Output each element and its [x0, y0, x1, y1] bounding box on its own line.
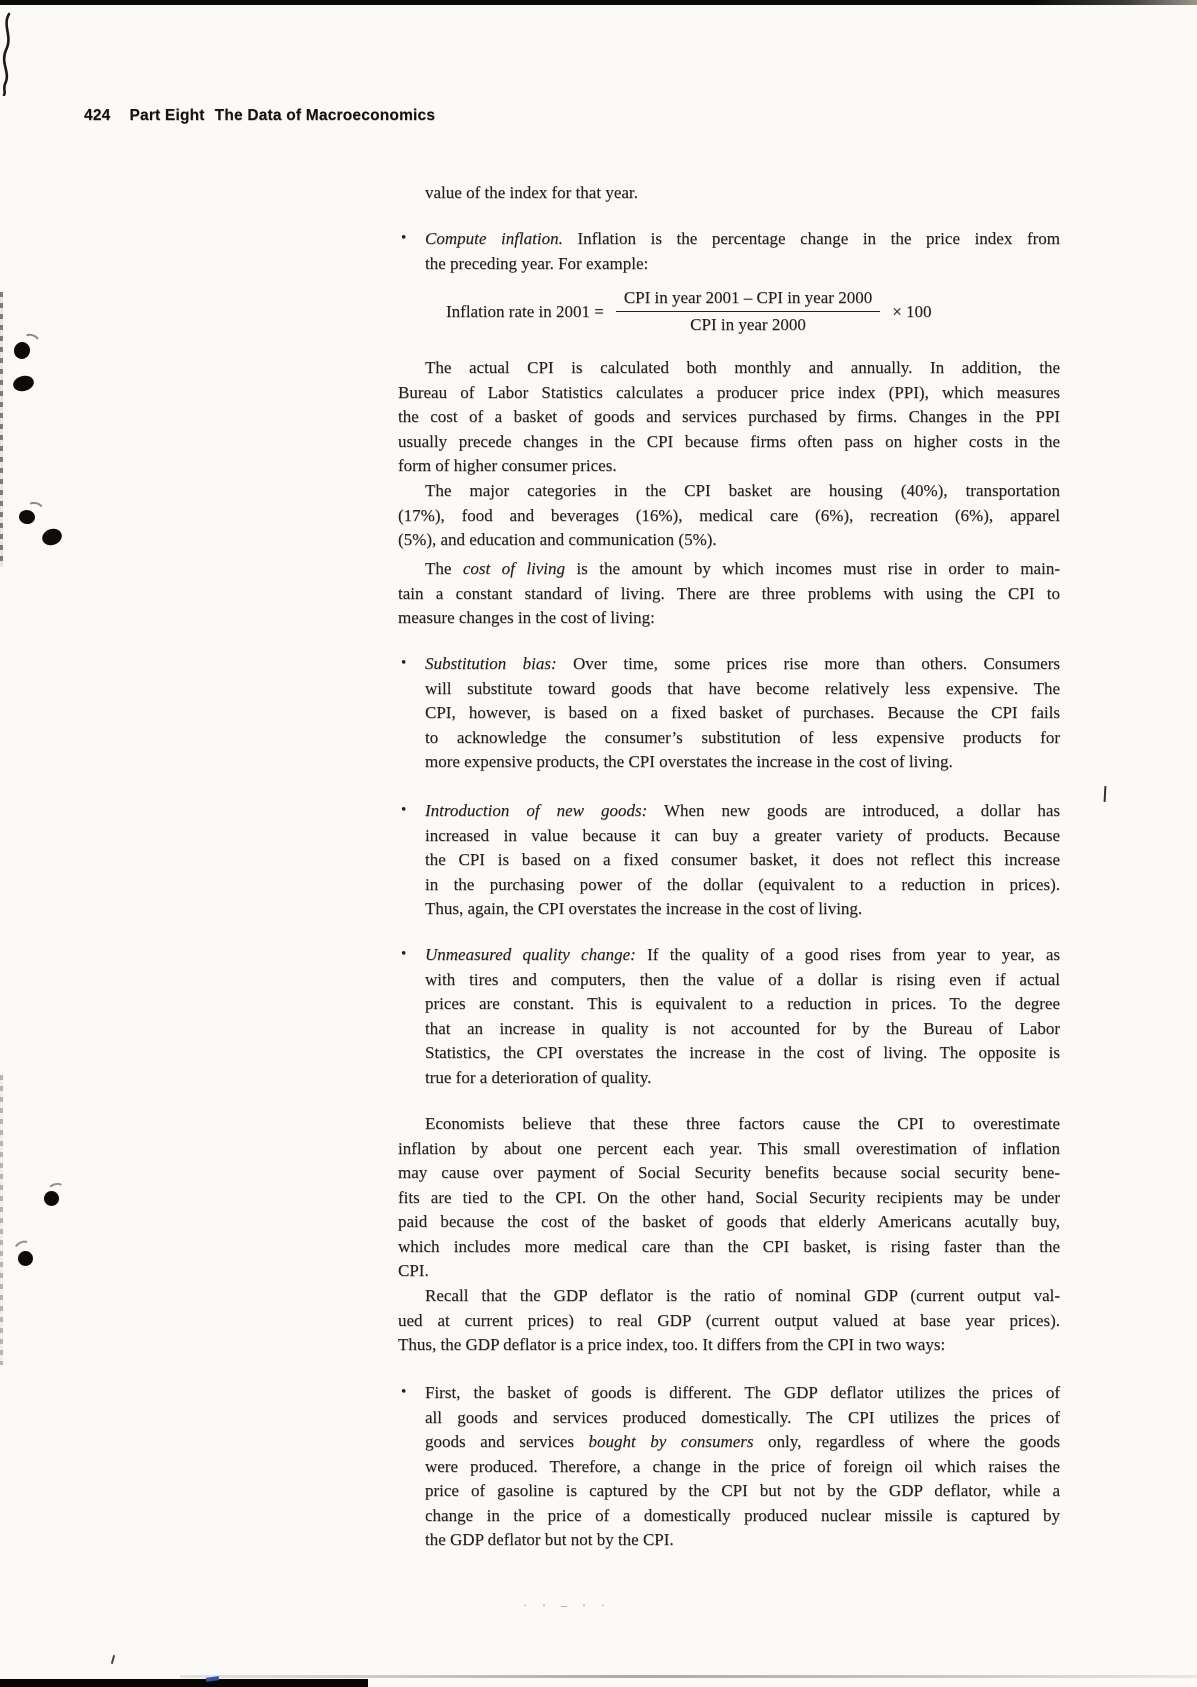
text-line: all goods and services produced domestic…: [425, 1406, 1060, 1431]
scan-smudge-bottom: [180, 1675, 1197, 1678]
text-line: Introduction of new goods: When new good…: [425, 799, 1060, 824]
text-line: the CPI is based on a fixed consumer bas…: [425, 848, 1060, 873]
bullet-icon: •: [401, 651, 406, 676]
scan-edge-left: [0, 1075, 3, 1365]
scan-edge-top: [0, 0, 1197, 5]
text-line: to acknowledge the consumer’s substituti…: [425, 726, 1060, 751]
intro-continuation: value of the index for that year.: [398, 181, 1060, 206]
text-line: tain a constant standard of living. Ther…: [398, 582, 1060, 607]
text-line: CPI, however, is based on a fixed basket…: [425, 701, 1060, 726]
bullet-icon: •: [401, 942, 406, 967]
text-line: price of gasoline is captured by the CPI…: [425, 1479, 1060, 1504]
ink-blob: [18, 1251, 33, 1266]
text-line: goods and services bought by consumers o…: [425, 1430, 1060, 1455]
paragraph-gdp-deflator: Recall that the GDP deflator is the rati…: [398, 1284, 1060, 1358]
text-line: in the purchasing power of the dollar (e…: [425, 873, 1060, 898]
formula-lhs: Inflation rate in 2001 =: [446, 302, 604, 322]
text-line: prices are constant. This is equivalent …: [425, 992, 1060, 1017]
bullet-icon: •: [401, 226, 406, 251]
text-line: Economists believe that these three fact…: [398, 1112, 1060, 1137]
part-label: Part Eight: [129, 107, 204, 125]
paragraph-cost-of-living: The cost of living is the amount by whic…: [398, 557, 1060, 631]
text-line: (17%), food and beverages (16%), medical…: [398, 504, 1060, 529]
text-line: were produced. Therefore, a change in th…: [425, 1455, 1060, 1480]
formula-numerator: CPI in year 2001 – CPI in year 2000: [616, 288, 880, 312]
text-line: fits are tied to the CPI. On the other h…: [398, 1186, 1060, 1211]
formula-fraction: CPI in year 2001 – CPI in year 2000 CPI …: [616, 288, 880, 335]
scan-squiggle-mark: [0, 12, 18, 96]
bullet-icon: •: [401, 798, 406, 823]
ink-blob: [44, 1191, 59, 1206]
text-line: form of higher consumer prices.: [398, 454, 1060, 479]
text-line: change in the price of a domestically pr…: [425, 1504, 1060, 1529]
book-page-scan: 424 Part Eight The Data of Macroeconomic…: [0, 0, 1197, 1687]
text-line: First, the basket of goods is different.…: [425, 1381, 1060, 1406]
text-line: Statistics, the CPI overstates the incre…: [425, 1041, 1060, 1066]
bullet-basket-different: • First, the basket of goods is differen…: [398, 1381, 1060, 1553]
text-line: The cost of living is the amount by whic…: [398, 557, 1060, 582]
scan-edge-bottom: [0, 1679, 368, 1687]
bullet-new-goods: • Introduction of new goods: When new go…: [398, 799, 1060, 922]
bullet-icon: •: [401, 1380, 406, 1405]
text-line: will substitute toward goods that have b…: [425, 677, 1060, 702]
text-line: Substitution bias: Over time, some price…: [425, 652, 1060, 677]
text-line: more expensive products, the CPI oversta…: [425, 750, 1060, 775]
paragraph-economists: Economists believe that these three fact…: [398, 1112, 1060, 1284]
text-line: Thus, again, the CPI overstates the incr…: [425, 897, 1060, 922]
ink-blob: [40, 526, 64, 548]
text-line: that an increase in quality is not accou…: [425, 1017, 1060, 1042]
text-line: true for a deterioration of quality.: [425, 1066, 1060, 1091]
text-line: The actual CPI is calculated both monthl…: [398, 356, 1060, 381]
stray-mark: [111, 1655, 115, 1664]
running-header: 424 Part Eight The Data of Macroeconomic…: [84, 107, 435, 125]
text-line: the GDP deflator but not by the CPI.: [425, 1528, 1060, 1553]
scan-footer-marks: · · – · ·: [523, 1598, 611, 1613]
text-line: Thus, the GDP deflator is a price index,…: [398, 1333, 1060, 1358]
page-number: 424: [84, 107, 110, 125]
text-line: (5%), and education and communication (5…: [398, 528, 1060, 553]
bullet-substitution-bias: • Substitution bias: Over time, some pri…: [398, 652, 1060, 775]
text-line: which includes more medical care than th…: [398, 1235, 1060, 1260]
text-line: Bureau of Labor Statistics calculates a …: [398, 381, 1060, 406]
paragraph-cpi-categories: The major categories in the CPI basket a…: [398, 479, 1060, 553]
text-line: The major categories in the CPI basket a…: [398, 479, 1060, 504]
text-line: Unmeasured quality change: If the qualit…: [425, 943, 1060, 968]
text-line: Compute inflation. Inflation is the perc…: [425, 227, 1060, 252]
text-line: Recall that the GDP deflator is the rati…: [398, 1284, 1060, 1309]
formula-denominator: CPI in year 2000: [616, 312, 880, 335]
text-line: with tires and computers, then the value…: [425, 968, 1060, 993]
stray-mark: [1104, 786, 1107, 802]
text-line: may cause over payment of Social Securit…: [398, 1161, 1060, 1186]
paragraph-actual-cpi: The actual CPI is calculated both monthl…: [398, 356, 1060, 479]
text-line: usually precede changes in the CPI becau…: [398, 430, 1060, 455]
text-line: value of the index for that year.: [398, 181, 1060, 206]
text-line: the cost of a basket of goods and servic…: [398, 405, 1060, 430]
bullet-quality-change: • Unmeasured quality change: If the qual…: [398, 943, 1060, 1090]
bullet-compute-inflation: • Compute inflation. Inflation is the pe…: [398, 227, 1060, 276]
part-title: The Data of Macroeconomics: [215, 107, 436, 125]
ink-blob: [11, 374, 35, 394]
text-line: inflation by about one percent each year…: [398, 1137, 1060, 1162]
text-line: CPI.: [398, 1259, 1060, 1284]
formula-multiplier: × 100: [892, 302, 931, 322]
text-line: the preceding year. For example:: [425, 252, 1060, 277]
text-line: paid because the cost of the basket of g…: [398, 1210, 1060, 1235]
text-line: increased in value because it can buy a …: [425, 824, 1060, 849]
text-line: ued at current prices) to real GDP (curr…: [398, 1309, 1060, 1334]
inflation-formula: Inflation rate in 2001 = CPI in year 200…: [446, 288, 932, 335]
text-line: measure changes in the cost of living:: [398, 606, 1060, 631]
scan-edge-left: [0, 292, 3, 567]
